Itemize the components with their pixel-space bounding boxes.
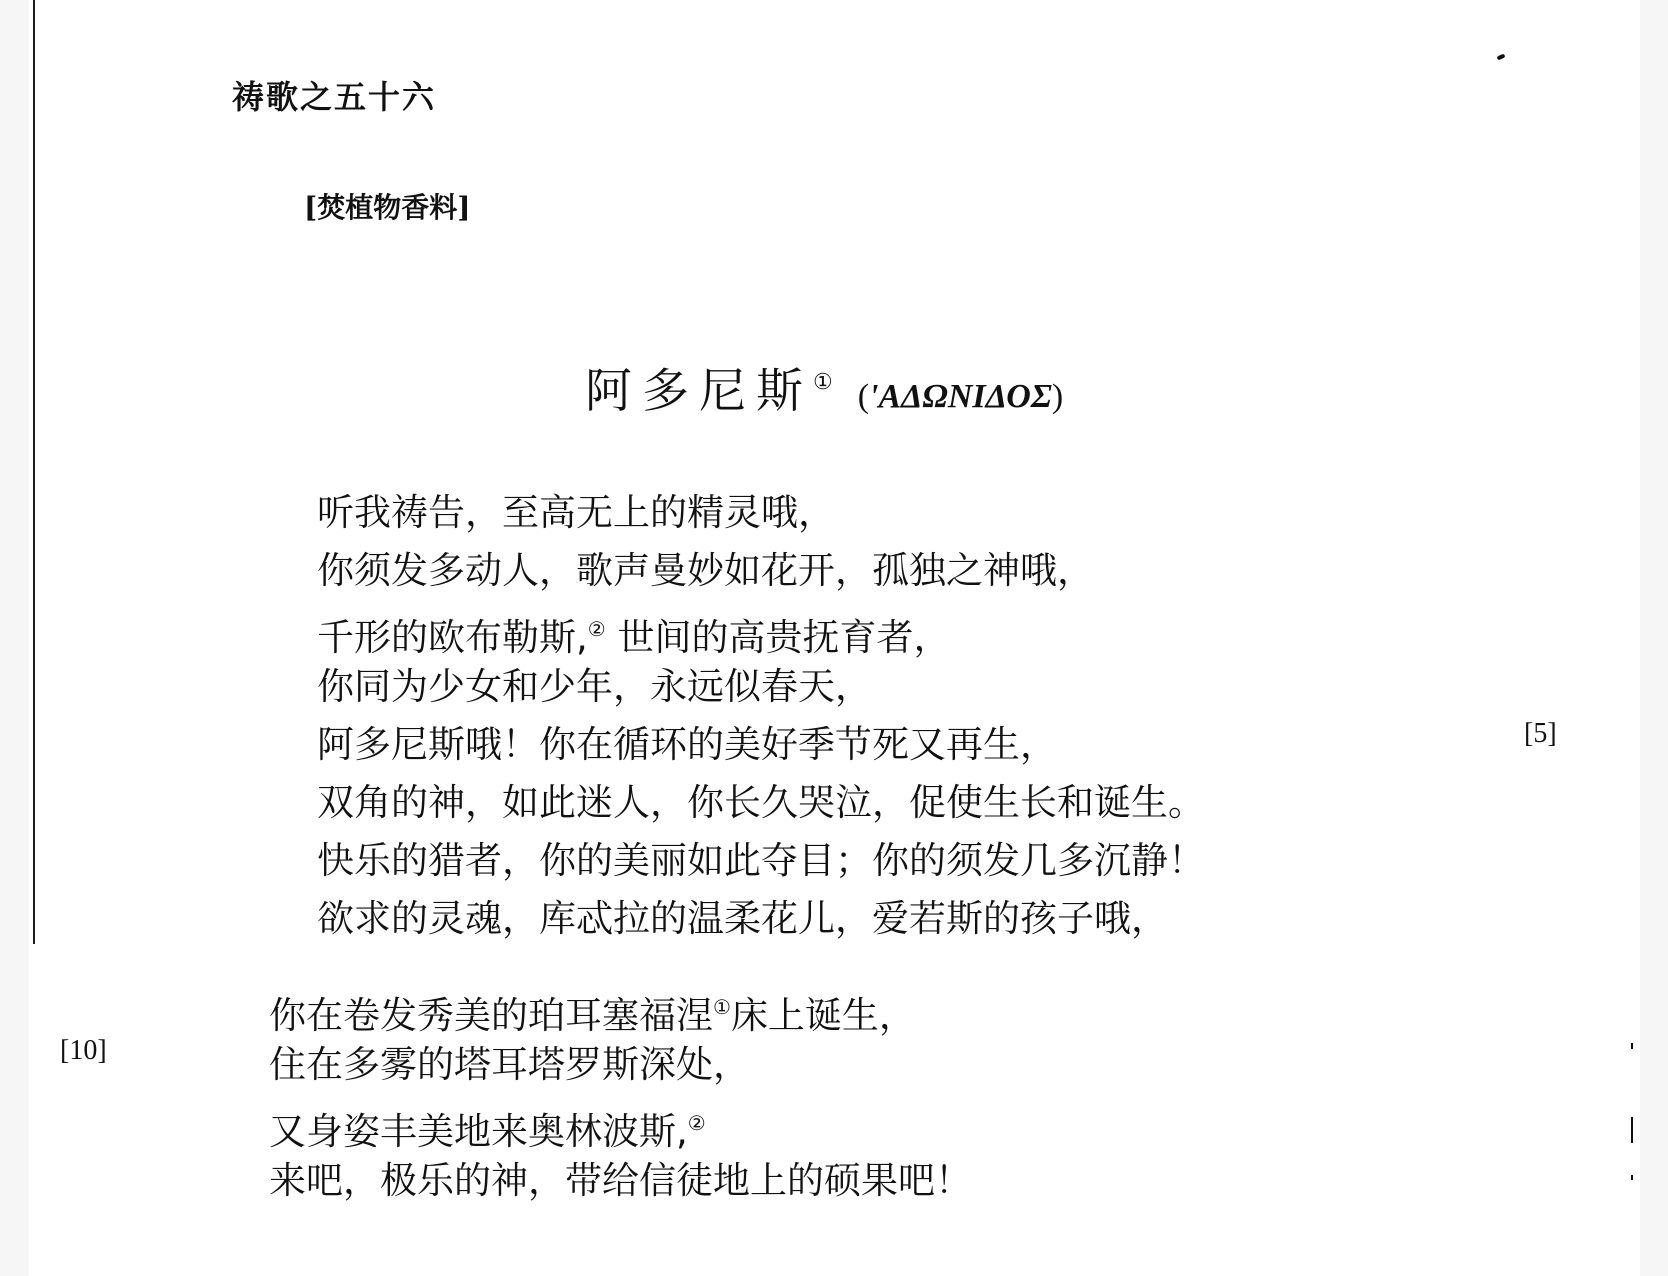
footnote-marker[interactable]: ② <box>588 617 606 641</box>
line-number-10: [10] <box>60 1035 107 1067</box>
poem-line: 你同为少女和少年，永远似春天， <box>317 658 1205 716</box>
right-margin-strip <box>1640 0 1668 1276</box>
chapter-heading: 祷歌之五十六 <box>232 72 436 118</box>
footnote-marker[interactable]: ② <box>688 1111 706 1135</box>
poem-line: 住在多雾的塔耳塔罗斯深处， <box>269 1036 972 1094</box>
poem-line: 双角的神，如此迷人，你长久哭泣，促使生长和诞生。 <box>317 774 1205 832</box>
scan-speck <box>1631 1175 1633 1180</box>
line-text: 又身姿丰美地来奥林波斯, <box>269 1110 688 1153</box>
title-footnote-marker[interactable]: ① <box>813 370 833 395</box>
left-margin-strip <box>0 0 29 1276</box>
paren-open: ( <box>858 378 869 415</box>
line-text-after: 世间的高贵抚育者， <box>606 616 951 659</box>
line-text: 双角的神，如此迷人，你长久哭泣，促使生长和诞生。 <box>317 781 1205 824</box>
line-text: 听我祷告，至高无上的精灵哦， <box>317 491 835 534</box>
line-text: 来吧，极乐的神，带给信徒地上的硕果吧！ <box>269 1159 972 1202</box>
line-text-after: 床上诞生， <box>731 994 916 1037</box>
scan-speck <box>1497 53 1506 60</box>
offering-note: [焚植物香料] <box>304 186 471 226</box>
line-text: 阿多尼斯哦！你在循环的美好季节死又再生， <box>317 723 1057 766</box>
line-text: 快乐的猎者，你的美丽如此夺目；你的须发几多沉静！ <box>317 839 1205 882</box>
poem-line: 欲求的灵魂，库忒拉的温柔花儿，爱若斯的孩子哦， <box>317 890 1205 948</box>
scan-speck <box>1631 1117 1633 1143</box>
line-number-5: [5] <box>1524 718 1557 750</box>
stanza-2: 你在卷发秀美的珀耳塞福涅①床上诞生， 住在多雾的塔耳塔罗斯深处， 又身姿丰美地来… <box>269 978 972 1210</box>
poem-line: 来吧，极乐的神，带给信徒地上的硕果吧！ <box>269 1152 972 1210</box>
stanza-1: 听我祷告，至高无上的精灵哦， 你须发多动人，歌声曼妙如花开，孤独之神哦， 千形的… <box>317 484 1205 948</box>
greek-name: 'ΑΔΩΝΙΔΟΣ <box>869 378 1052 415</box>
paren-close: ) <box>1052 378 1063 415</box>
poem-line: 你须发多动人，歌声曼妙如花开，孤独之神哦， <box>317 542 1205 600</box>
footnote-marker[interactable]: ① <box>713 995 731 1019</box>
page-edge-line <box>33 0 35 944</box>
line-text: 你在卷发秀美的珀耳塞福涅 <box>269 994 713 1037</box>
title-chinese: 阿多尼斯 <box>585 364 813 419</box>
line-text: 你须发多动人，歌声曼妙如花开，孤独之神哦， <box>317 549 1094 592</box>
line-text: 你同为少女和少年，永远似春天， <box>317 665 872 708</box>
poem-line: 你在卷发秀美的珀耳塞福涅①床上诞生， <box>269 978 972 1036</box>
poem-line: 千形的欧布勒斯,② 世间的高贵抚育者， <box>317 600 1205 658</box>
line-text: 住在多雾的塔耳塔罗斯深处， <box>269 1043 750 1086</box>
line-text: 欲求的灵魂，库忒拉的温柔花儿，爱若斯的孩子哦， <box>317 897 1168 940</box>
poem-line: 听我祷告，至高无上的精灵哦， <box>317 484 1205 542</box>
poem-line: 阿多尼斯哦！你在循环的美好季节死又再生， <box>317 716 1205 774</box>
poem-line: 又身姿丰美地来奥林波斯,② <box>269 1094 972 1152</box>
poem-line: 快乐的猎者，你的美丽如此夺目；你的须发几多沉静！ <box>317 832 1205 890</box>
poem-title: 阿多尼斯① ('ΑΔΩΝΙΔΟΣ) <box>585 354 1063 421</box>
scan-speck <box>1631 1043 1633 1049</box>
line-text: 千形的欧布勒斯, <box>317 616 588 659</box>
title-greek: ('ΑΔΩΝΙΔΟΣ) <box>858 378 1064 415</box>
